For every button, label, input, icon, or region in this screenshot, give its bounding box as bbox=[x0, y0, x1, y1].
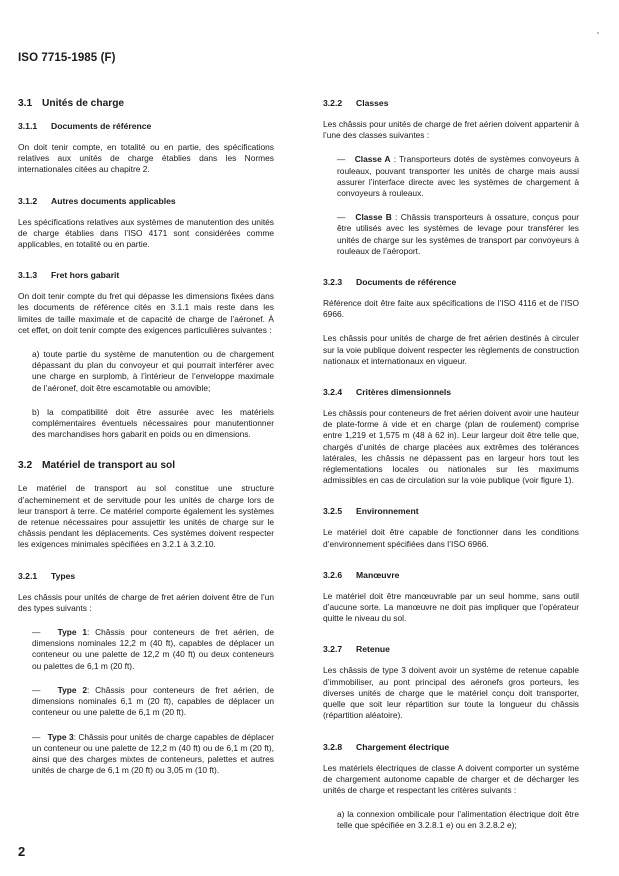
section-3-2-4-heading: 3.2.4Critères dimensionnels bbox=[323, 387, 579, 399]
section-3-2-heading: 3.2Matériel de transport au sol bbox=[18, 460, 274, 474]
section-3-2-7-text: Les châssis de type 3 doivent avoir un s… bbox=[323, 665, 579, 721]
section-3-2-3-text-1: Référence doit être faite aux spécificat… bbox=[323, 298, 579, 320]
section-3-1-3-text: On doit tenir compte du fret qui dépasse… bbox=[18, 291, 274, 336]
section-3-2-4-text: Les châssis pour conteneurs de fret aéri… bbox=[323, 408, 579, 486]
section-3-2-2-heading: 3.2.2Classes bbox=[323, 98, 579, 110]
right-column: 3.2.2Classes Les châssis pour unités de … bbox=[323, 98, 579, 832]
section-3-1-heading: 3.1Unités de charge bbox=[18, 98, 274, 112]
section-3-2-8-heading: 3.2.8Chargement électrique bbox=[323, 742, 579, 754]
page-number: 2 bbox=[18, 844, 25, 859]
section-3-1-2-heading: 3.1.2Autres documents applicables bbox=[18, 196, 274, 208]
class-b-item: — Classe B : Châssis transporteurs à oss… bbox=[337, 212, 579, 257]
section-3-2-8-text: Les matériels électriques de classe A do… bbox=[323, 763, 579, 797]
section-3-1-1-heading: 3.1.1Documents de référence bbox=[18, 121, 274, 133]
left-column: 3.1Unités de charge 3.1.1Documents de ré… bbox=[18, 98, 274, 776]
class-a-item: — Classe A : Transporteurs dotés de syst… bbox=[337, 154, 579, 199]
document-header: ISO 7715-1985 (F) bbox=[18, 52, 116, 64]
section-3-2-6-text: Le matériel doit être manœuvrable par un… bbox=[323, 591, 579, 625]
section-3-1-3-item-b: b) la compatibilité doit être assurée av… bbox=[32, 407, 274, 441]
section-3-1-2-text: Les spécifications relatives aux système… bbox=[18, 217, 274, 251]
section-3-2-3-text-2: Les châssis pour unités de charge de fre… bbox=[323, 333, 579, 367]
section-3-2-5-text: Le matériel doit être capable de fonctio… bbox=[323, 527, 579, 549]
type-2-item: — Type 2: Châssis pour conteneurs de fre… bbox=[32, 685, 274, 719]
section-3-2-7-heading: 3.2.7Retenue bbox=[323, 644, 579, 656]
section-3-2-3-heading: 3.2.3Documents de référence bbox=[323, 277, 579, 289]
section-3-1-3-heading: 3.1.3Fret hors gabarit bbox=[18, 270, 274, 282]
type-1-item: — Type 1: Châssis pour conteneurs de fre… bbox=[32, 627, 274, 672]
section-3-2-5-heading: 3.2.5Environnement bbox=[323, 506, 579, 518]
section-3-1-1-text: On doit tenir compte, en totalité ou en … bbox=[18, 142, 274, 176]
type-3-item: — Type 3: Châssis pour unités de charge … bbox=[32, 732, 274, 777]
section-3-2-2-text: Les châssis pour unités de charge de fre… bbox=[323, 119, 579, 141]
scan-mark bbox=[597, 32, 599, 34]
section-3-2-text: Le matériel de transport au sol constitu… bbox=[18, 483, 274, 550]
section-3-2-1-text: Les châssis pour unités de charge de fre… bbox=[18, 592, 274, 614]
section-3-2-8-item-a: a) la connexion ombilicale pour l’alimen… bbox=[337, 809, 579, 831]
section-3-2-6-heading: 3.2.6Manœuvre bbox=[323, 570, 579, 582]
section-3-1-3-item-a: a) toute partie du système de manutentio… bbox=[32, 349, 274, 394]
section-3-2-1-heading: 3.2.1Types bbox=[18, 571, 274, 583]
